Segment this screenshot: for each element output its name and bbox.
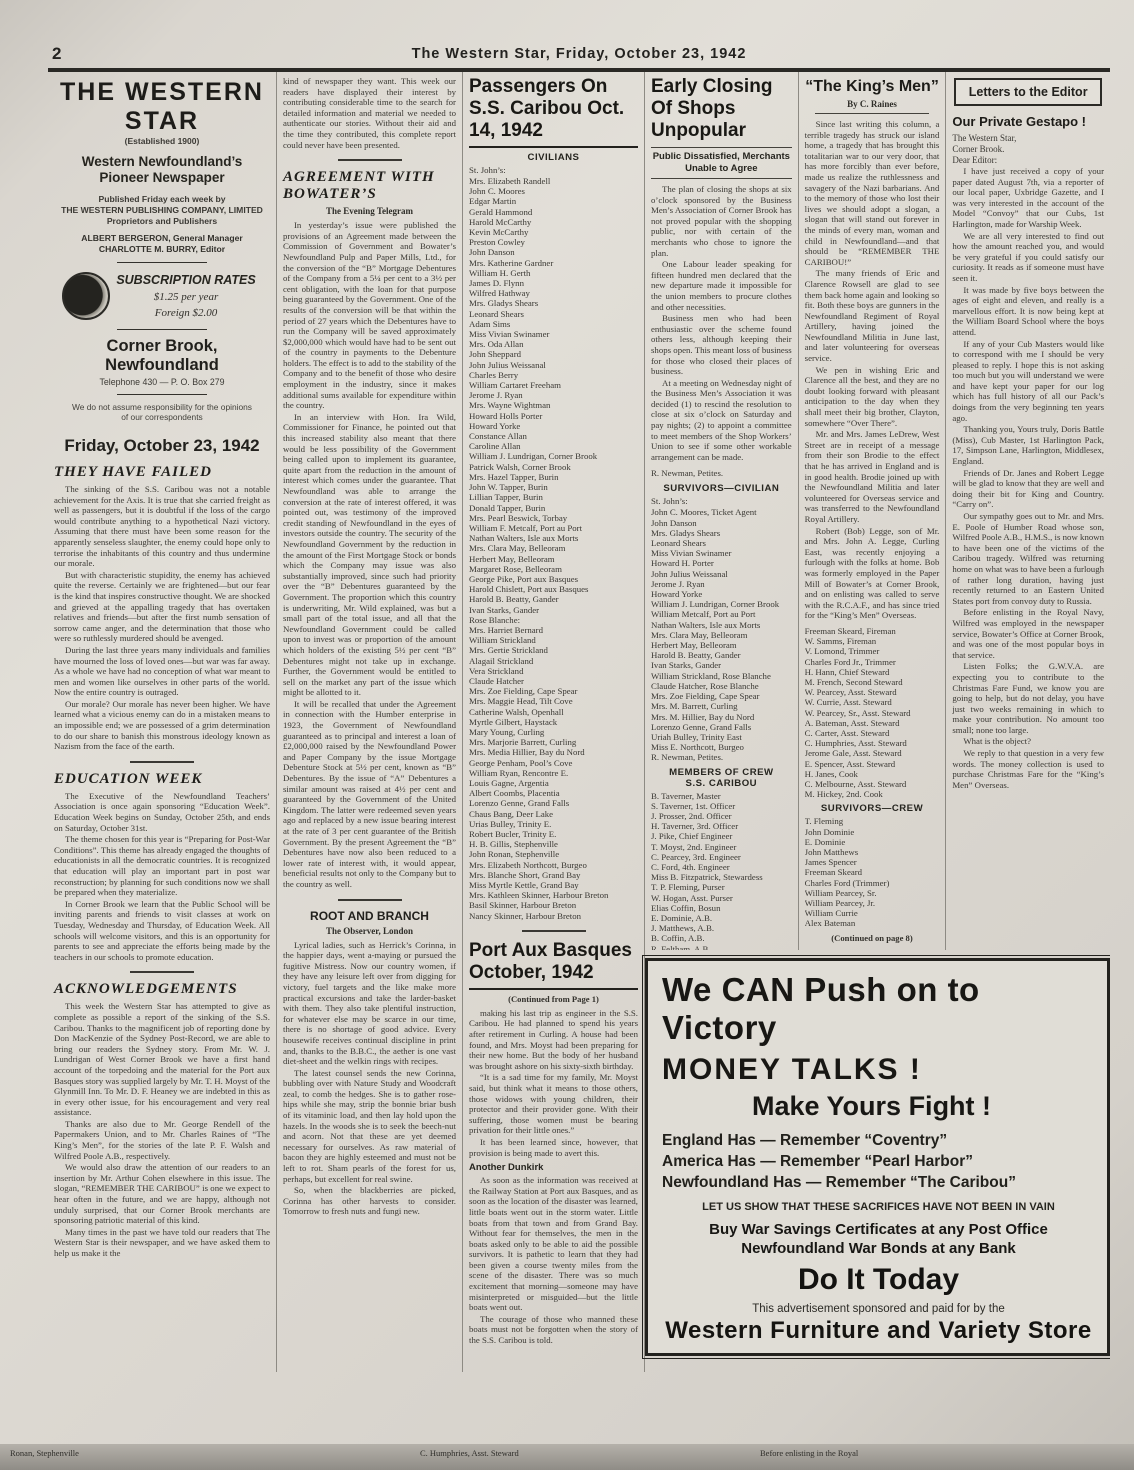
- staff-line: ALBERT BERGERON, General Manager: [54, 233, 270, 244]
- paragraph: But with characteristic stupidity, the e…: [54, 570, 270, 644]
- list-item: W. Hogan, Asst. Purser: [651, 893, 792, 903]
- list-item: Mrs. Hazel Tapper, Burin: [469, 472, 638, 482]
- paragraph: We pen in wishing Eric and Clarence all …: [805, 365, 940, 429]
- paragraph: Many times in the past we have told our …: [54, 1227, 270, 1259]
- list-item: E. Dominie, A.B.: [651, 913, 792, 923]
- list-item: Harold McCarthy: [469, 217, 638, 227]
- paragraph: Robert (Bob) Legge, son of Mr. and Mrs. …: [805, 526, 940, 621]
- list-item: Mrs. M. Barrett, Curling: [651, 701, 792, 711]
- sub-heading: Another Dunkirk: [469, 1162, 638, 1173]
- article-title: AGREEMENT WITH BOWATER’S: [283, 169, 456, 203]
- list-item: Mrs. Harriet Bernard: [469, 625, 638, 635]
- list-item: Ivan Starks, Gander: [469, 605, 638, 615]
- paragraph: The theme chosen for this year is “Prepa…: [54, 834, 270, 898]
- list-item: Claude Hatcher, Rose Blanche: [651, 681, 792, 691]
- list-item: Harold B. Beatty, Gander: [651, 650, 792, 660]
- paragraph: One Labour leader speaking for fifteen h…: [651, 259, 792, 312]
- address-line: Dear Editor:: [952, 155, 1104, 166]
- list-item: C. Carter, Asst. Steward: [805, 728, 940, 738]
- masthead-title: THE WESTERN STAR: [54, 78, 270, 136]
- list-item: J. Prosser, 2nd. Officer: [651, 811, 792, 821]
- story-divider: [130, 971, 194, 973]
- list-item: W. Samms, Fireman: [805, 636, 940, 646]
- column-early-closing: Early Closing Of Shops Unpopular Public …: [645, 72, 798, 950]
- ad-buy-certificates-line: Buy War Savings Certificates at any Post…: [662, 1220, 1095, 1239]
- paragraph: The latest counsel sends the new Corinna…: [283, 1068, 456, 1185]
- list-item: Mrs. Zoe Fielding, Cape Spear: [651, 691, 792, 701]
- column-letters: Letters to the Editor Our Private Gestap…: [945, 72, 1110, 950]
- list-item: Preston Cowley: [469, 237, 638, 247]
- list-item: Mrs. M. Hillier, Bay du Nord: [651, 712, 792, 722]
- paragraph: Before enlisting in the Royal Navy, Wilf…: [952, 607, 1104, 660]
- list-item: C. Melbourne, Asst. Steward: [805, 779, 940, 789]
- list-item: Robert Bucler, Trinity E.: [469, 829, 638, 839]
- list-item: Mrs. Pearl Beswick, Torbay: [469, 513, 638, 523]
- group-label: St. John’s:: [469, 165, 638, 176]
- list-item: B. Taverner, Master: [651, 791, 792, 801]
- list-item: Mrs. Clara May, Belleoram: [651, 630, 792, 640]
- group-label: St. John’s:: [651, 496, 792, 507]
- ad-remember-line: Newfoundland Has — Remember “The Caribou…: [662, 1172, 1095, 1193]
- list-item: Herbert May, Belleoram: [651, 640, 792, 650]
- list-item: William Cartaret Freeham: [469, 380, 638, 390]
- paragraph: We would also draw the attention of our …: [54, 1162, 270, 1226]
- list-item: J. Pike, Chief Engineer: [651, 831, 792, 841]
- list-item: William Ryan, Rencontre E.: [469, 768, 638, 778]
- list-item: Caroline Allan: [469, 441, 638, 451]
- list-item: Mrs. Oda Allan: [469, 339, 638, 349]
- ad-remember-line: America Has — Remember “Pearl Harbor”: [662, 1151, 1095, 1172]
- ad-sacrifices-line: LET US SHOW THAT THESE SACRIFICES HAVE N…: [692, 1200, 1065, 1214]
- list-item: Ivan Starks, Gander: [651, 660, 792, 670]
- story-divider: [130, 761, 194, 763]
- list-item: E. Spencer, Asst. Steward: [805, 759, 940, 769]
- list-item: Herbert May, Belleoram: [469, 554, 638, 564]
- list-item: William Strickland: [469, 635, 638, 645]
- list-item: Leonard Shears: [469, 309, 638, 319]
- paragraph: It will be recalled that under the Agree…: [283, 699, 456, 890]
- list-item: Mrs. Clara May, Belleoram: [469, 543, 638, 553]
- article-title: ROOT AND BRANCH: [283, 909, 456, 923]
- list-item: E. Dominie: [805, 837, 940, 847]
- list-item: John W. Tapper, Burin: [469, 482, 638, 492]
- list-item: Claude Hatcher: [469, 676, 638, 686]
- article-body: Lyrical ladies, such as Herrick’s Corinn…: [283, 940, 456, 1217]
- ad-do-it-today: Do It Today: [662, 1263, 1095, 1297]
- list-item: Basil Skinner, Harbour Breton: [469, 900, 638, 910]
- article-agreement-bowaters: AGREEMENT WITH BOWATER’S The Evening Tel…: [283, 169, 456, 889]
- article-body: making his last trip as engineer in the …: [469, 1008, 638, 1158]
- list-item: Wilfred Hathway: [469, 288, 638, 298]
- paragraph: making his last trip as engineer in the …: [469, 1008, 638, 1072]
- list-item: Chaus Bang, Deer Lake: [469, 809, 638, 819]
- list-item: William Currie: [805, 908, 940, 918]
- list-item: M. French, Second Steward: [805, 677, 940, 687]
- editorial-acknowledgements: ACKNOWLEDGEMENTS This week the Western S…: [54, 981, 270, 1258]
- staff-line: CHARLOTTE M. BURRY, Editor: [54, 244, 270, 255]
- list-heading: MEMBERS OF CREW: [651, 767, 792, 778]
- column-agreement-root: kind of newspaper they want. This week o…: [276, 72, 462, 1372]
- list-item: John Danson: [469, 247, 638, 257]
- article-byline: By C. Raines: [815, 99, 930, 114]
- list-item: Mrs. Gladys Shears: [469, 298, 638, 308]
- address-line: The Western Star,: [952, 133, 1104, 144]
- list-item: Leonard Shears: [651, 538, 792, 548]
- ad-buy-bonds-line: Newfoundland War Bonds at any Bank: [662, 1239, 1095, 1258]
- list-item: Nancy Skinner, Harbour Breton: [469, 911, 638, 921]
- list-item: Jerome Gale, Asst. Steward: [805, 748, 940, 758]
- article-headline: “The King’s Men”: [805, 78, 940, 96]
- list-item: Urias Bulley, Trinity E.: [469, 819, 638, 829]
- list-item: Miss Myrtle Kettle, Grand Bay: [469, 880, 638, 890]
- section-heading: CIVILIANS: [469, 152, 638, 163]
- edition-date: Friday, October 23, 1942: [54, 436, 270, 456]
- continued-editorial-text: kind of newspaper they want. This week o…: [283, 76, 456, 150]
- list-item: John Ronan, Stephenville: [469, 849, 638, 859]
- paragraph: Business men who had been enthusiastic o…: [651, 313, 792, 377]
- crew-name-list: B. Taverner, MasterS. Taverner, 1st. Off…: [651, 791, 792, 950]
- article-headline: Passengers On S.S. Caribou Oct. 14, 1942: [469, 76, 638, 148]
- list-item: Nathan Walters, Isle aux Morts: [651, 620, 792, 630]
- publisher-line: Published Friday each week by: [54, 194, 270, 205]
- list-item: V. Lomond, Trimmer: [805, 646, 940, 656]
- list-item: Howard Yorke: [469, 421, 638, 431]
- list-item: Rose Blanche:: [469, 615, 638, 625]
- list-item: Adam Sims: [469, 319, 638, 329]
- list-item: John Matthews: [805, 847, 940, 857]
- paragraph: During the last three years many individ…: [54, 645, 270, 698]
- list-item: Lorenzo Genne, Grand Falls: [651, 722, 792, 732]
- continued-on-note: (Continued on page 8): [805, 933, 940, 943]
- list-item: Elias Coffin, Bosun: [651, 903, 792, 913]
- subscription-rate-domestic: $1.25 per year: [110, 291, 262, 303]
- paragraph: It has been learned since, however, that…: [469, 1137, 638, 1158]
- list-item: James D. Flynn: [469, 278, 638, 288]
- list-item: Mrs. Maggie Head, Tilt Cove: [469, 696, 638, 706]
- list-item: H. B. Gillis, Stephenville: [469, 839, 638, 849]
- divider: [117, 394, 207, 395]
- editorial-title: THEY HAVE FAILED: [54, 464, 270, 481]
- list-item: Alagail Strickland: [469, 656, 638, 666]
- list-item: John Danson: [651, 518, 792, 528]
- paragraph: Thanks are also due to Mr. George Rendel…: [54, 1119, 270, 1161]
- list-item: William J. Lundrigan, Corner Brook: [651, 599, 792, 609]
- list-item: H. Hann, Chief Steward: [805, 667, 940, 677]
- crew-name-list-continued: Freeman Skeard, FiremanW. Samms, Fireman…: [805, 626, 940, 799]
- list-item: Margaret Rose, Belleoram: [469, 564, 638, 574]
- subscription-title: SUBSCRIPTION RATES: [110, 273, 262, 287]
- letter-our-private-gestapo: Our Private Gestapo ! The Western Star,C…: [952, 114, 1104, 790]
- list-item: Harold B. Beatty, Gander: [469, 594, 638, 604]
- survivor-crew-list: T. FlemingJohn DominieE. DominieJohn Mat…: [805, 816, 940, 928]
- list-item: A. Bateman, Asst. Steward: [805, 718, 940, 728]
- publisher-line: Proprietors and Publishers: [54, 216, 270, 227]
- list-item: Howard H. Porter: [651, 558, 792, 568]
- letters-section-box: Letters to the Editor: [954, 78, 1102, 106]
- paragraph: Since last writing this column, a terrib…: [805, 119, 940, 267]
- column-passengers: Passengers On S.S. Caribou Oct. 14, 1942…: [462, 72, 644, 1372]
- list-item: W. Pearcey, Asst. Steward: [805, 687, 940, 697]
- paragraph: As soon as the information was received …: [469, 1175, 638, 1313]
- list-item: M. Hickey, 2nd. Cook: [805, 789, 940, 799]
- list-item: Charles Ford Jr., Trimmer: [805, 657, 940, 667]
- list-item: Mrs. Marjorie Barrett, Curling: [469, 737, 638, 747]
- list-item: Freeman Skeard, Fireman: [805, 626, 940, 636]
- article-body: In yesterday’s issue were published the …: [283, 220, 456, 889]
- newspaper-page: 2 The Western Star, Friday, October 23, …: [48, 38, 1110, 1372]
- survivor-name-list: John C. Moores, Ticket AgentJohn DansonM…: [651, 507, 792, 762]
- article-credit: The Observer, London: [283, 926, 456, 936]
- publisher-line: THE WESTERN PUBLISHING COMPANY, LIMITED: [54, 205, 270, 216]
- article-port-aux-basques: Port Aux Basques October, 1942 (Continue…: [469, 940, 638, 1346]
- masthead-contact: Telephone 430 — P. O. Box 279: [54, 377, 270, 387]
- list-item: William Strickland, Rose Blanche: [651, 671, 792, 681]
- ad-sponsor-line: This advertisement sponsored and paid fo…: [662, 1303, 1095, 1315]
- list-item: Charles Berry: [469, 370, 638, 380]
- editorial-body: This week the Western Star has attempted…: [54, 1001, 270, 1258]
- list-subheading: S.S. CARIBOU: [651, 778, 792, 789]
- subscription-row: SUBSCRIPTION RATES $1.25 per year Foreig…: [54, 270, 270, 322]
- list-item: Mrs. Media Hillier, Bay du Nord: [469, 747, 638, 757]
- list-item: Edgar Martin: [469, 196, 638, 206]
- list-item: Mrs. Zoe Fielding, Cape Spear: [469, 686, 638, 696]
- list-item: Gerald Hammond: [469, 207, 638, 217]
- paragraph: We reply to that question in a very few …: [952, 748, 1104, 790]
- list-item: C. Humphries, Asst. Steward: [805, 738, 940, 748]
- paragraph: I have just received a copy of your pape…: [952, 166, 1104, 230]
- list-item: Constance Allan: [469, 431, 638, 441]
- article-body: As soon as the information was received …: [469, 1175, 638, 1346]
- list-item: Albert Coombs, Placentia: [469, 788, 638, 798]
- right-columns: Early Closing Of Shops Unpopular Public …: [645, 72, 1110, 950]
- paragraph: At a meeting on Wednesday night of the B…: [651, 378, 792, 463]
- list-item: Mrs. Katherine Gardner: [469, 258, 638, 268]
- paragraph: Lyrical ladies, such as Herrick’s Corinn…: [283, 940, 456, 1067]
- list-item: Howard Holls Porter: [469, 411, 638, 421]
- letter-address: The Western Star,Corner Brook.Dear Edito…: [952, 133, 1104, 166]
- editorial-body: The Executive of the Newfoundland Teache…: [54, 791, 270, 963]
- paragraph: If any of your Cub Masters would like to…: [952, 339, 1104, 424]
- list-item: Jerome J. Ryan: [651, 579, 792, 589]
- list-item: William J. Lundrigan, Corner Brook: [469, 451, 638, 461]
- article-passengers-list: Passengers On S.S. Caribou Oct. 14, 1942…: [469, 76, 638, 921]
- list-item: Mrs. Elizabeth Randell: [469, 176, 638, 186]
- story-divider: [338, 899, 402, 901]
- list-item: Alex Bateman: [805, 918, 940, 928]
- masthead-disclaimer: We do not assume responsibility for the …: [54, 402, 270, 422]
- list-item: Mrs. Wayne Wightman: [469, 400, 638, 410]
- paragraph: The sinking of the S.S. Caribou was not …: [54, 484, 270, 569]
- list-item: T. Moyst, 2nd. Engineer: [651, 842, 792, 852]
- page-header: 2 The Western Star, Friday, October 23, …: [48, 38, 1110, 72]
- paragraph: In yesterday’s issue were published the …: [283, 220, 456, 411]
- passenger-name-list: Mrs. Elizabeth RandellJohn C. MooresEdga…: [469, 176, 638, 921]
- article-body: The plan of closing the shops at six o’c…: [651, 184, 792, 462]
- list-item: W. Currie, Asst. Steward: [805, 697, 940, 707]
- list-item: C. Pearcey, 3rd. Engineer: [651, 852, 792, 862]
- list-item: Uriah Bulley, Trinity East: [651, 732, 792, 742]
- divider: [117, 329, 207, 330]
- list-item: Donald Tapper, Burin: [469, 503, 638, 513]
- column-masthead-editorials: THE WESTERN STAR (Established 1900) West…: [48, 72, 276, 1372]
- editorial-body: The sinking of the S.S. Caribou was not …: [54, 484, 270, 752]
- masthead-publisher: Published Friday each week byTHE WESTERN…: [54, 194, 270, 227]
- article-headline: Early Closing Of Shops Unpopular: [651, 76, 792, 142]
- list-item: T. Fleming: [805, 816, 940, 826]
- list-item: Jerome J. Ryan: [469, 390, 638, 400]
- subscription-rate-foreign: Foreign $2.00: [110, 307, 262, 319]
- list-item: Freeman Skeard: [805, 867, 940, 877]
- list-item: John Julius Weissanal: [651, 569, 792, 579]
- masthead-established: (Established 1900): [54, 136, 270, 146]
- paragraph: Friends of Dr. Janes and Robert Legge wi…: [952, 468, 1104, 510]
- list-item: H. Taverner, 3rd. Officer: [651, 821, 792, 831]
- ad-headline-money-talks: MONEY TALKS !: [662, 1053, 1095, 1087]
- list-members-of-crew: MEMBERS OF CREW S.S. CARIBOU B. Taverner…: [651, 767, 792, 950]
- list-item: Patrick Walsh, Corner Brook: [469, 462, 638, 472]
- masthead: THE WESTERN STAR (Established 1900) West…: [54, 78, 270, 426]
- list-survivors-civilian: SURVIVORS—CIVILIAN St. John’s: John C. M…: [651, 483, 792, 762]
- list-item: Howard Yorke: [651, 589, 792, 599]
- list-item: William Pearcey, Sr.: [805, 888, 940, 898]
- list-item: John C. Moores: [469, 186, 638, 196]
- caribou-logo-icon: [62, 272, 110, 320]
- paragraph: Listen Folks; the G.W.V.A. are expecting…: [952, 661, 1104, 735]
- list-item: T. P. Fleming, Purser: [651, 882, 792, 892]
- paragraph: The plan of closing the shops at six o’c…: [651, 184, 792, 258]
- list-item: Nathan Walters, Isle aux Morts: [469, 533, 638, 543]
- list-item: H. Janes, Cook: [805, 769, 940, 779]
- list-item: John Sheppard: [469, 349, 638, 359]
- article-credit: The Evening Telegram: [283, 206, 456, 216]
- paragraph: It was made by five boys between the age…: [952, 285, 1104, 338]
- divider: [117, 262, 207, 263]
- ad-headline-victory: We CAN Push on to Victory: [662, 971, 1095, 1047]
- list-item: Lillian Tapper, Burin: [469, 492, 638, 502]
- masthead-staff: ALBERT BERGERON, General ManagerCHARLOTT…: [54, 233, 270, 255]
- list-item: George Penham, Pool’s Cove: [469, 758, 638, 768]
- subscription-info: SUBSCRIPTION RATES $1.25 per year Foreig…: [110, 273, 262, 319]
- article-early-closing: Early Closing Of Shops Unpopular Public …: [651, 76, 792, 462]
- paragraph: Our sympathy goes out to Mr. and Mrs. E.…: [952, 511, 1104, 606]
- list-item: Louis Gagne, Argentia: [469, 778, 638, 788]
- paragraph: This week the Western Star has attempted…: [54, 1001, 270, 1118]
- cutoff-fragment: Before enlisting in the Royal: [760, 1448, 858, 1458]
- list-item: C. Ford, 4th. Engineer: [651, 862, 792, 872]
- ad-remember-line: England Has — Remember “Coventry”: [662, 1130, 1095, 1151]
- ad-store-name: Western Furniture and Variety Store: [662, 1317, 1095, 1345]
- list-item: James Spencer: [805, 857, 940, 867]
- article-kings-men: “The King’s Men” By C. Raines Since last…: [805, 78, 940, 621]
- list-item: Mary Young, Curling: [469, 727, 638, 737]
- list-item: George Pike, Port aux Basques: [469, 574, 638, 584]
- list-item: Mrs. Kathleen Skinner, Harbour Breton: [469, 890, 638, 900]
- paragraph: We are all very interested to find out h…: [952, 231, 1104, 284]
- list-tail-line: R. Newman, Petites.: [651, 468, 792, 479]
- list-item: R. Feltham, A.B.: [651, 944, 792, 950]
- list-item: Kevin McCarthy: [469, 227, 638, 237]
- right-region: Early Closing Of Shops Unpopular Public …: [644, 72, 1110, 1372]
- masthead-location: Corner Brook, Newfoundland: [54, 337, 270, 375]
- list-item: Mrs. Blanche Short, Grand Bay: [469, 870, 638, 880]
- masthead-tagline: Western Newfoundland’s Pioneer Newspaper: [54, 154, 270, 186]
- paragraph: “It is a sad time for my family, Mr. Moy…: [469, 1072, 638, 1136]
- list-item: R. Newman, Petites.: [651, 752, 792, 762]
- editorial-education-week: EDUCATION WEEK The Executive of the Newf…: [54, 771, 270, 963]
- article-headline: Port Aux Basques October, 1942: [469, 940, 638, 990]
- editorial-title: EDUCATION WEEK: [54, 771, 270, 788]
- letter-body: I have just received a copy of your pape…: [952, 166, 1104, 790]
- article-body: Since last writing this column, a terrib…: [805, 119, 940, 621]
- list-item: Miss Vivian Swinamer: [651, 548, 792, 558]
- cutoff-fragment: Ronan, Stephenville: [10, 1448, 79, 1458]
- list-survivors-crew: SURVIVORS—CREW T. FlemingJohn DominieE. …: [805, 803, 940, 942]
- list-item: W. Pearcey, Sr., Asst. Steward: [805, 708, 940, 718]
- paragraph: So, when the blackberries are picked, Co…: [283, 1185, 456, 1217]
- list-item: Miss Vivian Swinamer: [469, 329, 638, 339]
- list-item: B. Coffin, A.B.: [651, 933, 792, 943]
- list-item: William Pearcey, Jr.: [805, 898, 940, 908]
- paragraph: The Executive of the Newfoundland Teache…: [54, 791, 270, 833]
- list-item: Mrs. Gertie Strickland: [469, 645, 638, 655]
- article-root-and-branch: ROOT AND BRANCH The Observer, London Lyr…: [283, 909, 456, 1217]
- list-item: Harold Chislett, Port aux Basques: [469, 584, 638, 594]
- ad-remember-lines: England Has — Remember “Coventry”America…: [662, 1130, 1095, 1193]
- page-columns: THE WESTERN STAR (Established 1900) West…: [48, 72, 1110, 1372]
- letter-title: Our Private Gestapo !: [952, 114, 1104, 129]
- column-kings-men: “The King’s Men” By C. Raines Since last…: [798, 72, 946, 950]
- page-title: The Western Star, Friday, October 23, 19…: [48, 46, 1110, 62]
- list-item: Vera Strickland: [469, 666, 638, 676]
- list-item: Mrs. Elizabeth Northcott, Burgeo: [469, 860, 638, 870]
- list-heading: SURVIVORS—CIVILIAN: [651, 483, 792, 494]
- paragraph: The many friends of Eric and Clarence Ro…: [805, 268, 940, 363]
- list-item: William Metcalf, Port au Port: [651, 609, 792, 619]
- list-item: Miss B. Fitzpatrick, Stewardess: [651, 872, 792, 882]
- paragraph: Our morale? Our morale has never been hi…: [54, 699, 270, 752]
- list-item: John Julius Weissanal: [469, 360, 638, 370]
- list-item: Myrtle Gilbert, Haystack: [469, 717, 638, 727]
- list-heading: SURVIVORS—CREW: [805, 803, 940, 814]
- cutoff-fragment: C. Humphries, Asst. Steward: [420, 1448, 519, 1458]
- paragraph: Thanking you, Yours truly, Doris Battle …: [952, 424, 1104, 466]
- ad-headline-make-yours-fight: Make Yours Fight !: [752, 1091, 1095, 1122]
- list-item: John C. Moores, Ticket Agent: [651, 507, 792, 517]
- list-item: J. Matthews, A.B.: [651, 923, 792, 933]
- editorial-title: ACKNOWLEDGEMENTS: [54, 981, 270, 998]
- paragraph: The courage of those who manned these bo…: [469, 1314, 638, 1346]
- continued-from-note: (Continued from Page 1): [469, 994, 638, 1004]
- address-line: Corner Brook.: [952, 144, 1104, 155]
- list-item: William H. Gerth: [469, 268, 638, 278]
- war-bonds-advertisement: We CAN Push on to Victory MONEY TALKS ! …: [645, 958, 1110, 1356]
- list-item: Lorenzo Genne, Grand Falls: [469, 798, 638, 808]
- paragraph: What is the object?: [952, 736, 1104, 747]
- list-item: Catherine Walsh, Openhall: [469, 707, 638, 717]
- list-item: Charles Ford (Trimmer): [805, 878, 940, 888]
- article-subhead: Public Dissatisfied, Merchants Unable to…: [651, 147, 792, 179]
- story-divider: [522, 930, 586, 932]
- paragraph: Mr. and Mrs. James LeDrew, West Street a…: [805, 429, 940, 524]
- bottom-cutoff-strip: Ronan, Stephenville C. Humphries, Asst. …: [0, 1444, 1134, 1470]
- list-item: William F. Metcalf, Port au Port: [469, 523, 638, 533]
- list-item: Miss E. Northcott, Burgeo: [651, 742, 792, 752]
- list-item: John Dominie: [805, 827, 940, 837]
- paragraph: In Corner Brook we learn that the Public…: [54, 899, 270, 963]
- paragraph: In an interview with Hon. Ira Wild, Comm…: [283, 412, 456, 698]
- list-item: S. Taverner, 1st. Officer: [651, 801, 792, 811]
- editorial-they-have-failed: THEY HAVE FAILED The sinking of the S.S.…: [54, 464, 270, 752]
